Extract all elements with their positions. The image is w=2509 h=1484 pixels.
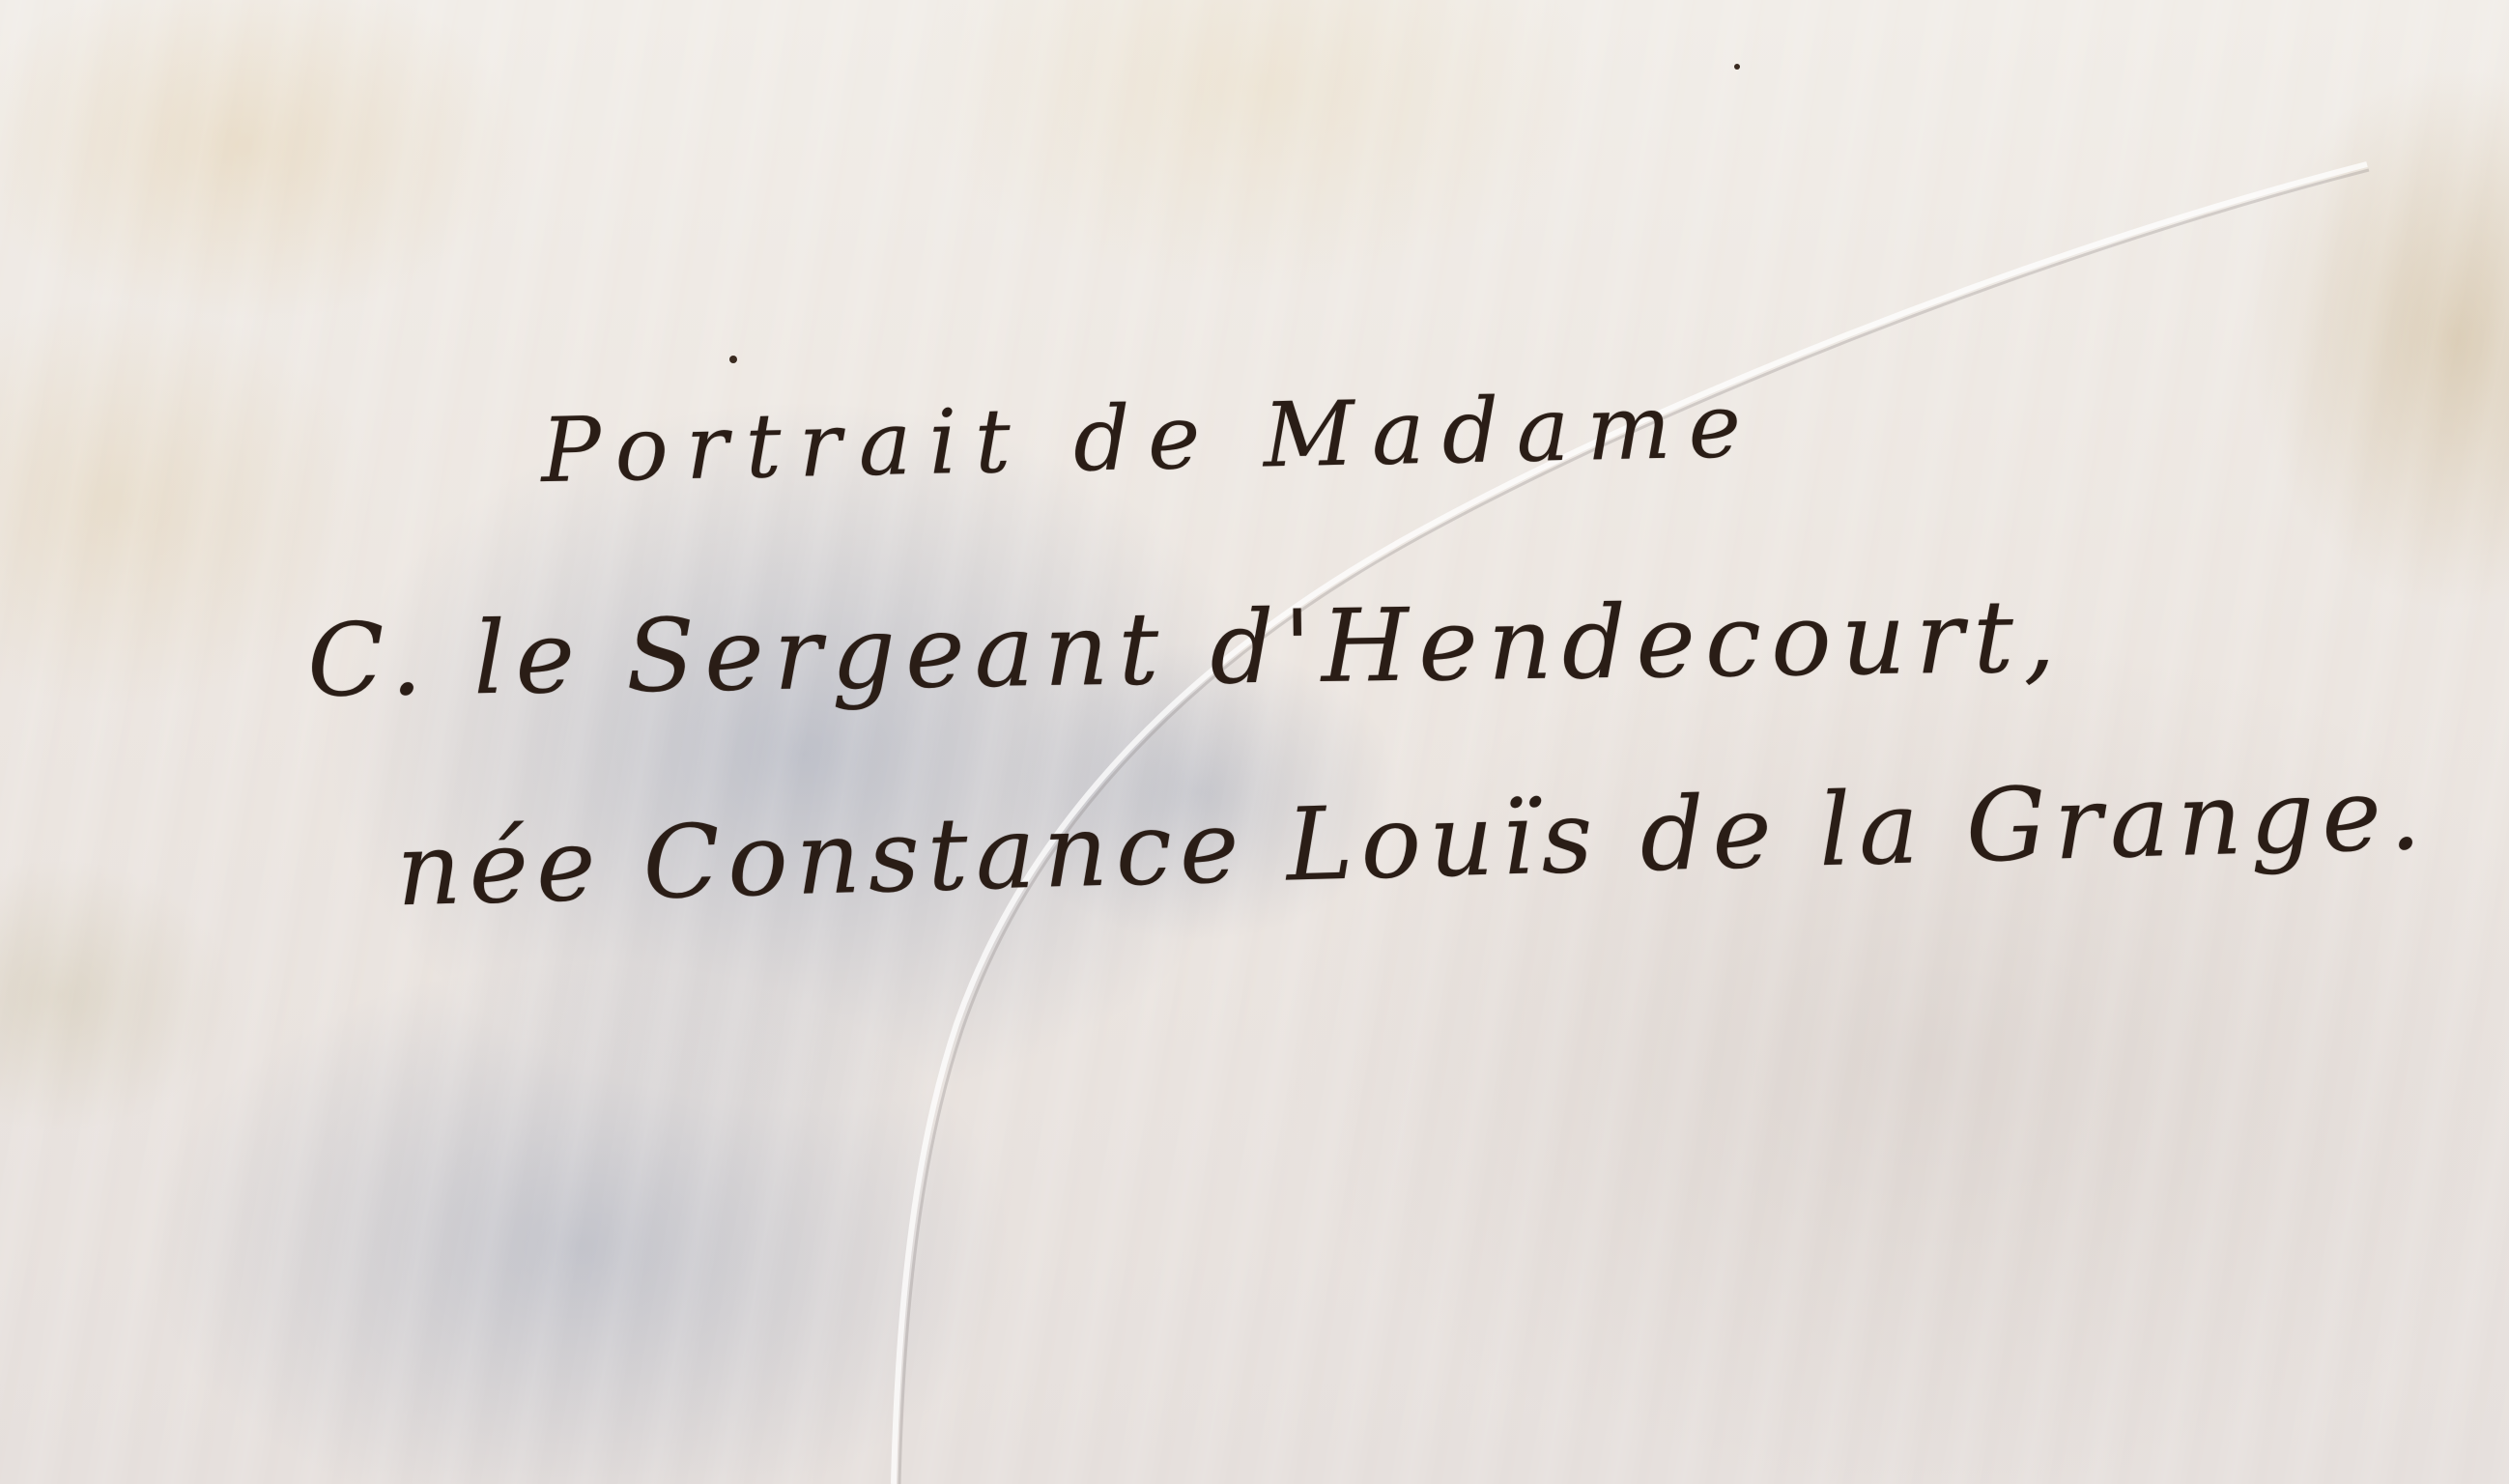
ink-speck (1734, 64, 1740, 70)
paper-crease (0, 0, 2509, 1484)
inscription-line-1: Portrait de Madame (540, 374, 1759, 502)
tissue-paper-sheet: Portrait de Madame C. le Sergeant d'Hend… (0, 0, 2509, 1484)
inscription-line-3: née Constance Louïs de la Grange. (395, 755, 2431, 929)
ink-speck (729, 356, 737, 363)
inscription-line-2: C. le Sergeant d'Hendecourt, (306, 577, 2066, 719)
paper-wrinkle-texture (0, 0, 2509, 1484)
